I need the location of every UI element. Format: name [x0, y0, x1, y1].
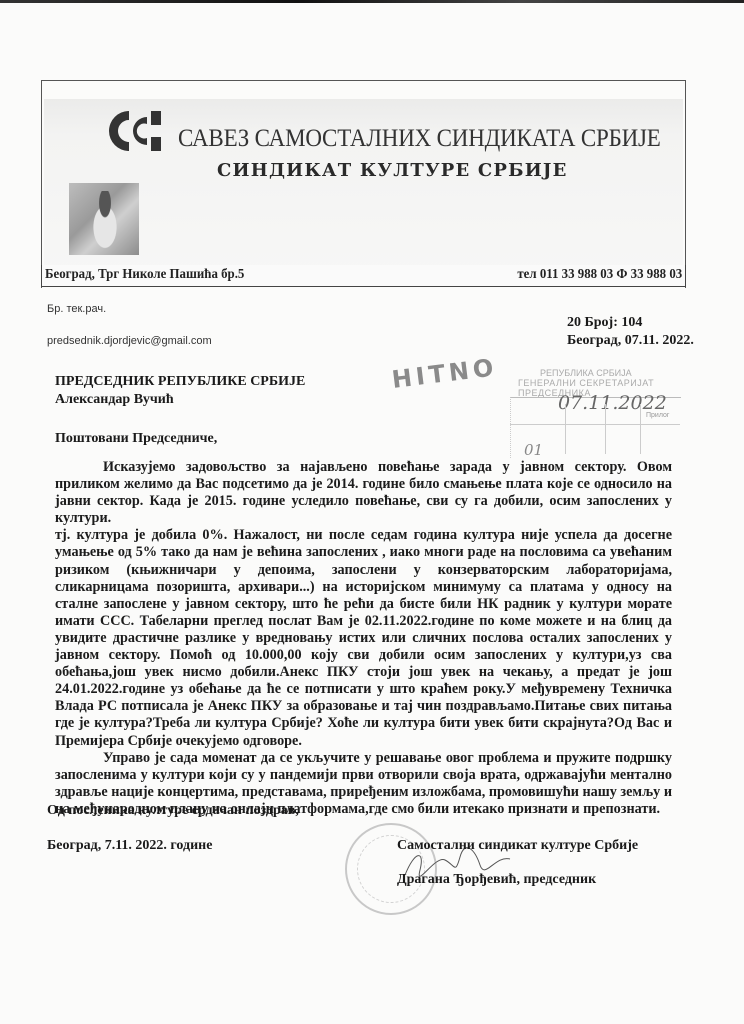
- letterhead: САВЕЗ САМОСТАЛНИХ СИНДИКАТА СРБИЈЕ СИНДИ…: [41, 80, 686, 288]
- sub-org-name: СИНДИКАТ КУЛТУРЕ СРБИЈЕ: [217, 160, 568, 181]
- account-label: Бр. тек.рач.: [47, 303, 106, 315]
- letter-body: Исказујемо задовољство за најављено пове…: [55, 459, 672, 818]
- scan-edge: [0, 0, 744, 3]
- reference-date: Београд, 07.11. 2022.: [567, 333, 694, 349]
- org-address: Београд, Трг Николе Пашића бр.5: [45, 267, 244, 283]
- registry-date: 07.11.2022: [558, 392, 667, 414]
- email: predsednik.djordjevic@gmail.com: [47, 335, 212, 347]
- signature-organization: Самостални синдикат културе Србије: [397, 838, 638, 854]
- addressee-name: Александар Вучић: [55, 392, 174, 408]
- registry-divider: [640, 404, 641, 454]
- registry-divider: [565, 404, 566, 454]
- signature-place-date: Београд, 7.11. 2022. године: [47, 838, 212, 854]
- body-paragraph: тј. култура је добила 0%. Нажалост, ни п…: [55, 527, 672, 749]
- closing-line: Од посленика културе срдачан поздрав,: [47, 803, 299, 819]
- greeting: Поштовани Председниче,: [55, 431, 217, 447]
- registry-number: 01: [524, 441, 543, 459]
- addressee-title: ПРЕДСЕДНИК РЕПУБЛИКЕ СРБИЈЕ: [55, 374, 305, 390]
- org-name: САВЕЗ САМОСТАЛНИХ СИНДИКАТА СРБИЈЕ: [178, 125, 661, 153]
- urgent-stamp: HITNO: [390, 353, 498, 394]
- registry-divider: [510, 424, 680, 425]
- sss-logo-icon: [107, 109, 163, 153]
- registry-stamp-line1: РЕПУБЛИКА СРБИЈА: [540, 368, 632, 378]
- sculpture-photo: [69, 183, 139, 255]
- signatory-name: Драгана Ђорђевић, председник: [397, 872, 596, 888]
- registry-stamp: РЕПУБЛИКА СРБИЈА ГЕНЕРАЛНИ СЕКРЕТАРИЈАТ …: [510, 368, 680, 428]
- address-bar: Београд, Трг Николе Пашића бр.5 тел 011 …: [41, 265, 686, 287]
- registry-divider: [605, 404, 606, 454]
- sculpture-figure: [85, 191, 125, 251]
- body-paragraph: Исказујемо задовољство за најављено пове…: [55, 459, 672, 527]
- registry-col-label: Прилог: [646, 412, 669, 419]
- reference-number: 20 Број: 104: [567, 315, 642, 331]
- org-phone: тел 011 33 988 03 Ф 33 988 03: [517, 267, 682, 283]
